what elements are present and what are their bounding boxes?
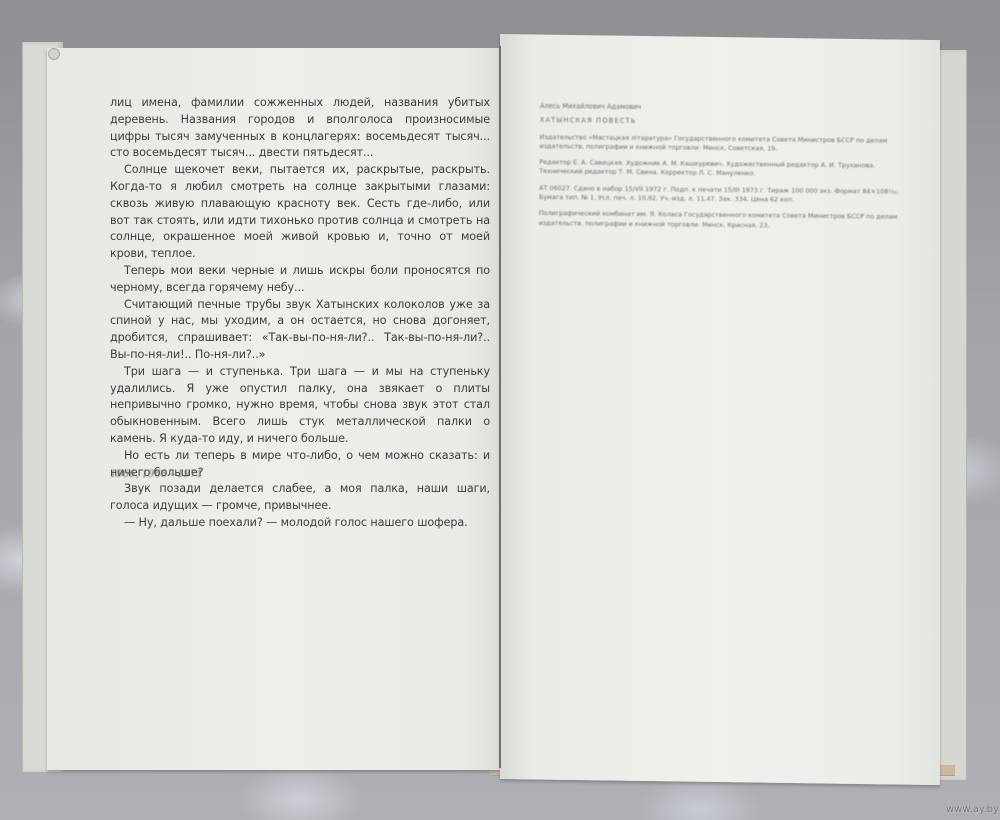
colophon-printer: Полиграфический комбинат им. Я. Коласа Г… (539, 209, 907, 231)
paragraph: Солнце щекочет веки, пытается их, раскры… (110, 162, 490, 263)
date-line: 1966, 1968—1971 (110, 469, 203, 480)
colophon-publisher: Издательство «Мастацкая літаратура» Госу… (539, 133, 907, 155)
colophon-title: ХАТЫНСКАЯ ПОВЕСТЬ (540, 116, 908, 129)
book-gutter (499, 46, 501, 768)
left-page-body-text: лиц имена, фамилии сожженных людей, назв… (110, 95, 490, 532)
watermark: www.ay.by (946, 804, 999, 815)
colophon: Алесь Михайлович Адамович ХАТЫНСКАЯ ПОВЕ… (539, 102, 908, 239)
colophon-credits: Редактор Е. А. Савицкая. Художник А. М. … (539, 158, 907, 180)
paragraph: Считающий печные трубы звук Хатынских ко… (110, 297, 490, 364)
paragraph: Теперь мои веки черные и лишь искры боли… (110, 263, 490, 297)
page-corner-curl (48, 48, 60, 60)
paragraph: Звук позади делается слабее, а моя палка… (110, 481, 490, 515)
paragraph: — Ну, дальше поехали? — молодой голос на… (110, 515, 490, 532)
paragraph: лиц имена, фамилии сожженных людей, назв… (110, 95, 490, 162)
paragraph: Три шага — и ступенька. Три шага — и мы … (110, 364, 490, 448)
colophon-print-info: АТ 06027. Сдано в набор 15/VII 1972 г. П… (539, 184, 907, 206)
